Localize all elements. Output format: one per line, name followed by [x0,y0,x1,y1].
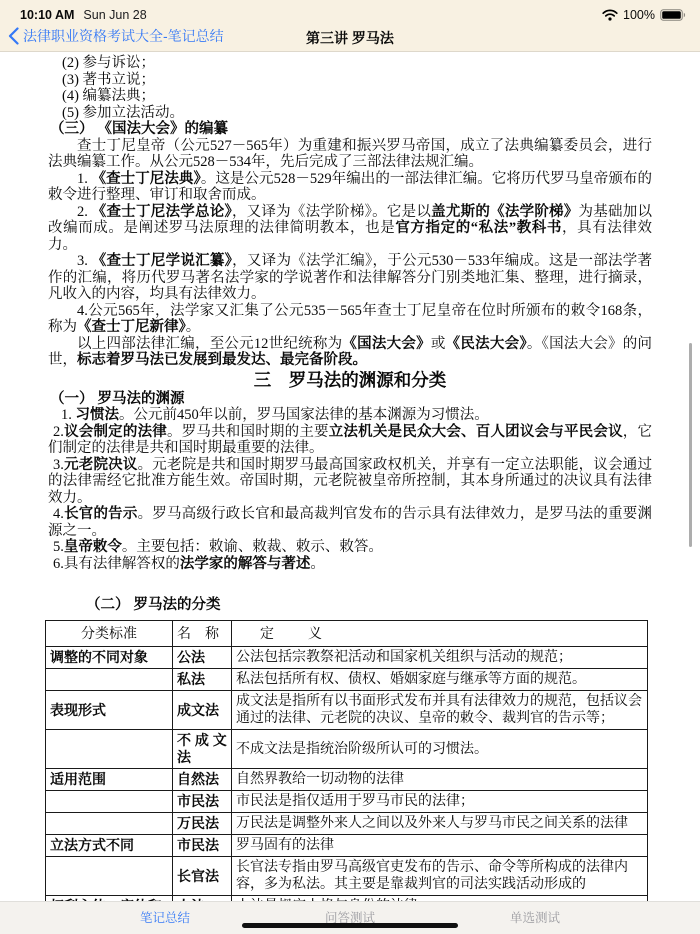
emphasis-run: 标志着罗马法已发展到最发达、最完备阶段。 [77,352,367,368]
emphasis-run: 习惯法 [76,407,120,423]
paragraph: (3) 著书立说； [48,72,652,89]
page-title: 第三讲 罗马法 [0,28,700,48]
table-cell: 私法包括所有权、债权、婚姻家庭与继承等方面的规范。 [232,669,648,691]
text-run: 。罗马高级行政长官和最高裁判官发布的告示具有法律效力，是罗马法的重要渊源之一。 [48,506,652,539]
table-row: 私法私法包括所有权、债权、婚姻家庭与继承等方面的规范。 [46,669,648,691]
table-cell: 市民法是指仅适用于罗马市民的法律； [232,791,648,813]
text-run: 1. [77,171,92,187]
scroll-indicator[interactable] [689,343,692,547]
table-cell [46,791,173,813]
status-bar: 10:10 AM Sun Jun 28 100% [0,0,700,24]
table-cell: 罗马固有的法律 [232,835,648,857]
text-run: 2. [77,204,92,220]
text-run: ，又译为《法学阶梯》。它是以 [232,204,431,220]
emphasis-run: 《国法大会》 [342,336,430,352]
table-cell [46,857,173,896]
classification-table: 分类标准名 称定 义调整的不同对象公法公法包括宗教祭祀活动和国家机关组织与活动的… [45,620,648,901]
emphasis-run: 官方指定的“私法”教科书 [395,220,562,236]
table-cell: 市民法 [173,791,232,813]
paragraph: 1. 《查士丁尼法典》。这是公元528－529年编出的一部法律汇编。它将历代罗马… [48,171,652,204]
paragraph: 6.具有法律解答权的法学家的解答与著述。 [48,556,652,573]
table-row: 市民法市民法是指仅适用于罗马市民的法律； [46,791,648,813]
text-run: 三 罗马法的渊源和分类 [254,370,447,390]
paragraph: 1. 习惯法。公元前450年以前，罗马国家法律的基本渊源为习惯法。 [48,407,652,424]
paragraph: 3.元老院决议。元老院是共和国时期罗马最高国家政权机关，并享有一定立法职能，议会… [48,457,652,507]
paragraph: 三 罗马法的渊源和分类 [48,369,652,391]
text-run: (3) 著书立说； [62,72,155,88]
text-run: 。公元前450年以前，罗马国家法律的基本渊源为习惯法。 [119,407,489,423]
paragraph: 4.公元565年，法学家又汇集了公元535－565年查士丁尼皇帝在位时所颁布的敕… [48,303,652,336]
text-run: 4. [53,506,64,522]
status-right: 100% [602,8,686,22]
paragraph: 3. 《查士丁尼学说汇纂》，又译为《法学汇编》，于公元530－533年编成。这是… [48,253,652,303]
emphasis-run: 《查士丁尼法学总论》 [92,204,232,220]
table-cell: 适用范围 [46,769,173,791]
text-run: (4) 编纂法典； [62,88,155,104]
table-cell: 万民法是调整外来人之间以及外来人与罗马市民之间关系的法律 [232,813,648,835]
emphasis-run: （三） 《国法大会》的编纂 [50,121,228,137]
tab-single-choice-test[interactable]: 单选测试 [510,908,560,926]
emphasis-run: 议会制定的法律 [64,424,167,440]
text-run: 5. [53,539,64,555]
top-chrome: 10:10 AM Sun Jun 28 100% [0,0,700,52]
text-run: 。元老院是共和国时期罗马最高国家政权机关，并享有一定立法职能，议会通过的法律需经… [48,457,652,506]
table-cell: 调整的不同对象 [46,647,173,669]
text-run: 2. [53,424,64,440]
table-header-cell: 分类标准 [46,621,173,647]
paragraph: 以上四部法律汇编，至公元12世纪统称为《国法大会》或《民法大会》。《国法大会》的… [48,336,652,369]
paragraph: (4) 编纂法典； [48,88,652,105]
paragraph: (2) 参与诉讼； [48,55,652,72]
text-run: 查士丁尼皇帝（公元527－565年）为重建和振兴罗马帝国，成立了法典编纂委员会，… [48,138,652,171]
table-cell: 私法 [173,669,232,691]
table-header-row: 分类标准名 称定 义 [46,621,648,647]
text-run: 。主要包括：敕谕、敕裁、敕示、敕答。 [122,539,383,555]
wifi-icon [602,9,618,21]
table-cell: 不成文法是指统治阶级所认可的习惯法。 [232,730,648,769]
table-header-cell: 定 义 [232,621,648,647]
text-run: 。 [310,556,325,572]
status-left: 10:10 AM Sun Jun 28 [20,8,147,22]
table-cell: 不 成 文法 [173,730,232,769]
battery-percent: 100% [623,8,655,22]
table-cell: 公法包括宗教祭祀活动和国家机关组织与活动的规范； [232,647,648,669]
emphasis-run: 元老院决议 [64,457,138,473]
navigation-bar: 法律职业资格考试大全-笔记总结 第三讲 罗马法 [0,24,700,52]
table-row: 适用范围自然法自然界教给一切动物的法律 [46,769,648,791]
table-row: 不 成 文法不成文法是指统治阶级所认可的习惯法。 [46,730,648,769]
paragraph: (5) 参加立法活动。 [48,105,652,122]
paragraph: （一） 罗马法的渊源 [48,391,652,408]
document-body: (2) 参与诉讼；(3) 著书立说；(4) 编纂法典；(5) 参加立法活动。（三… [48,55,652,572]
paragraph: 5.皇帝敕令。主要包括：敕谕、敕裁、敕示、敕答。 [48,539,652,556]
text-run: 3. [53,457,64,473]
table-cell: 成文法 [173,691,232,730]
text-run: 1. [61,407,76,423]
emphasis-run: 长官的告示 [64,506,138,522]
table-header-cell: 名 称 [173,621,232,647]
table-cell: 市民法 [173,835,232,857]
table-row: 表现形式成文法成文法是指所有以书面形式发布并具有法律效力的规范，包括议会通过的法… [46,691,648,730]
emphasis-run: 盖尤斯的《法学阶梯》 [431,204,578,220]
table-cell: 公法 [173,647,232,669]
table-cell: 长官法专指由罗马高级官吏发布的告示、命令等所构成的法律内容，多为私法。其主要是靠… [232,857,648,896]
paragraph: 2.议会制定的法律。罗马共和国时期的主要立法机关是民众大会、百人团议会与平民会议… [48,424,652,457]
table-cell: 自然界教给一切动物的法律 [232,769,648,791]
text-run: 3. [77,253,92,269]
emphasis-run: 皇帝敕令 [64,539,122,555]
emphasis-run: 法学家的解答与著述 [180,556,311,572]
text-run: (5) 参加立法活动。 [62,105,184,121]
paragraph: 2. 《查士丁尼法学总论》，又译为《法学阶梯》。它是以盖尤斯的《法学阶梯》为基础… [48,204,652,254]
paragraph: （三） 《国法大会》的编纂 [48,121,652,138]
document-view[interactable]: (2) 参与诉讼；(3) 著书立说；(4) 编纂法典；(5) 参加立法活动。（三… [0,52,700,901]
table-cell [46,730,173,769]
text-run: 以上四部法律汇编，至公元12世纪统称为 [77,336,342,352]
emphasis-run: 《查士丁尼法典》 [92,171,201,187]
table-cell [46,669,173,691]
table-row: 长官法长官法专指由罗马高级官吏发布的告示、命令等所构成的法律内容，多为私法。其主… [46,857,648,896]
table-cell: 成文法是指所有以书面形式发布并具有法律效力的规范，包括议会通过的法律、元老院的决… [232,691,648,730]
emphasis-run: （一） 罗马法的渊源 [50,391,185,407]
table-cell [46,813,173,835]
table-cell: 表现形式 [46,691,173,730]
battery-icon [660,9,686,21]
status-date: Sun Jun 28 [83,8,146,22]
home-indicator[interactable] [242,923,458,928]
table-cell: 立法方式不同 [46,835,173,857]
paragraph: 4.长官的告示。罗马高级行政长官和最高裁判官发布的告示具有法律效力，是罗马法的重… [48,506,652,539]
tab-bar: 笔记总结问答测试单选测试 [0,901,700,934]
text-run: 或 [431,336,446,352]
emphasis-run: 《查士丁尼新律》 [77,319,186,335]
emphasis-run: 立法机关是民众大会、百人团议会与平民会议 [329,424,623,440]
table-cell: 自然法 [173,769,232,791]
text-run: 。罗马共和国时期的主要 [167,424,329,440]
text-run: 6.具有法律解答权的 [53,556,180,572]
classification-section: （二） 罗马法的分类 分类标准名 称定 义调整的不同对象公法公法包括宗教祭祀活动… [45,593,649,901]
section-heading: （二） 罗马法的分类 [45,593,649,614]
emphasis-run: 《查士丁尼学说汇纂》 [92,253,232,269]
status-time: 10:10 AM [20,8,74,22]
text-run: 。 [186,319,201,335]
table-row: 立法方式不同市民法罗马固有的法律 [46,835,648,857]
table-row: 调整的不同对象公法公法包括宗教祭祀活动和国家机关组织与活动的规范； [46,647,648,669]
table-row: 万民法万民法是调整外来人之间以及外来人与罗马市民之间关系的法律 [46,813,648,835]
emphasis-run: 《民法大会》 [446,336,527,352]
tab-notes-summary[interactable]: 笔记总结 [140,908,190,926]
table-cell: 长官法 [173,857,232,896]
table-cell: 万民法 [173,813,232,835]
ipad-screen: 10:10 AM Sun Jun 28 100% [0,0,700,934]
text-run: (2) 参与诉讼； [62,55,155,71]
paragraph: 查士丁尼皇帝（公元527－565年）为重建和振兴罗马帝国，成立了法典编纂委员会，… [48,138,652,171]
